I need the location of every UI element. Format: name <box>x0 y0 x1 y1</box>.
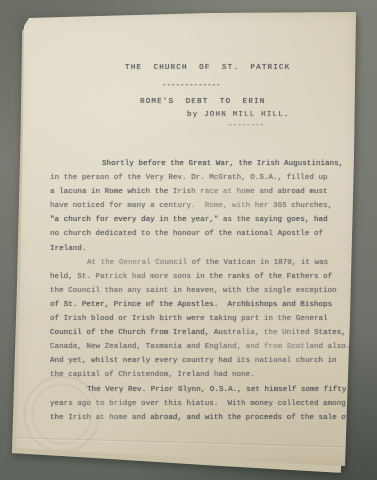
byline-underline: -------- <box>228 122 264 130</box>
typewritten-line: "a church for every day in the year," as… <box>50 213 358 227</box>
page-subtitle: ROME'S DEBT TO ERIN <box>140 98 265 106</box>
typewritten-line: a lacuna in Rome which the Irish race at… <box>50 185 358 199</box>
typewritten-line: in the person of the Very Rev. Dr. McGra… <box>50 171 358 185</box>
title-underline: ------------- <box>162 82 221 90</box>
typewritten-line: Canada, New Zealand, Tasmania and Englan… <box>50 340 358 354</box>
typewritten-line: of Irish blood or Irish birth were takin… <box>50 312 358 326</box>
body-text: Shortly before the Great War, the Irish … <box>50 157 358 425</box>
document-photo: THE CHURCH OF ST. PATRICK ------------- … <box>10 8 366 474</box>
typewritten-line: have noticed for many a century. Rome, w… <box>50 199 358 213</box>
typewritten-line: of St. Peter, Prince of the Apostles. Ar… <box>50 298 358 312</box>
typewritten-line: no church dedicated to the honour of the… <box>50 227 358 241</box>
typewritten-page: THE CHURCH OF ST. PATRICK ------------- … <box>10 8 366 474</box>
typewritten-line: the Council than any saint in heaven, wi… <box>50 284 358 298</box>
byline: by JOHN MILL HILL. <box>187 111 290 119</box>
page-title: THE CHURCH OF ST. PATRICK <box>125 64 290 72</box>
typewritten-line: At the General Council of the Vatican in… <box>50 256 358 270</box>
typewritten-line: the capital of Christendom, Ireland had … <box>50 368 358 382</box>
typewritten-line: held, St. Patrick had more sons in the r… <box>50 270 358 284</box>
typewritten-line: And yet, whilst nearly every country had… <box>50 354 358 368</box>
typewritten-line: Ireland. <box>50 242 358 256</box>
typewritten-line: The Very Rev. Prior Glynn, O.S.A., set h… <box>50 383 358 397</box>
typewritten-line: Council of the Church from Ireland, Aust… <box>50 326 358 340</box>
typewritten-line: Shortly before the Great War, the Irish … <box>50 157 358 171</box>
